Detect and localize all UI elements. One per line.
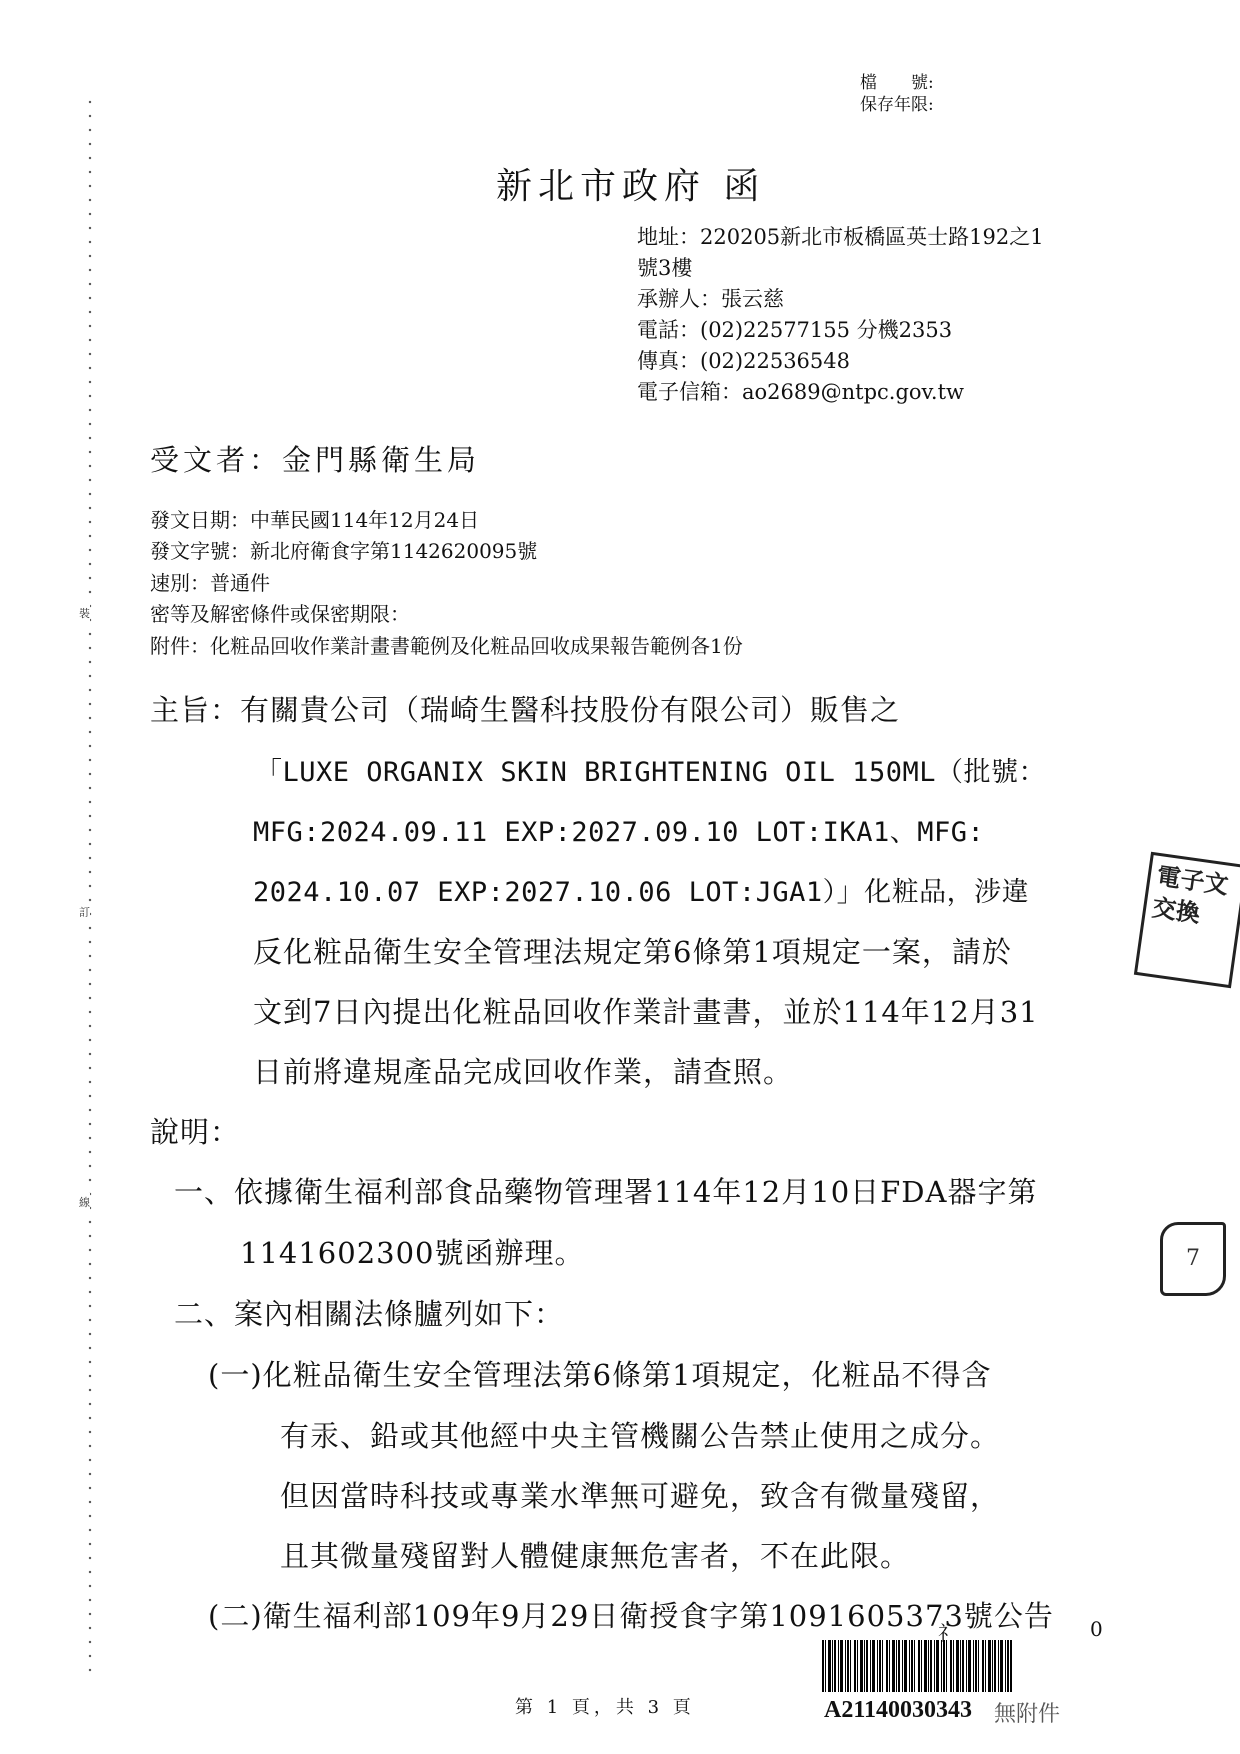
explanation-sub1-line3: 但因當時科技或專業水準無可避免，致含有微量殘留， [280,1474,1000,1515]
subject-line1: 主旨：有關貴公司（瑞崎生醫科技股份有限公司）販售之 [150,688,900,729]
classification: 密等及解密條件或保密期限： [150,599,410,631]
retention-label: 保存年限: [860,94,934,116]
file-number-label: 檔 號: [860,72,934,94]
explanation-sub1-line1: (一)化粧品衛生安全管理法第6條第1項規定，化粧品不得含 [208,1353,992,1394]
subject-line4: 2024.10.07 EXP:2027.10.06 LOT:JGA1）」化粧品，… [253,870,1029,909]
recipient: 受文者：金門縣衛生局 [150,438,480,479]
attachment-note: 無附件 [994,1697,1060,1728]
explanation-item2-heading: 二、案內相關法條臚列如下： [174,1292,564,1333]
binding-label-mid: 訂 [79,903,90,921]
explanation-item1-line2: 1141602300號函辦理。 [240,1231,585,1272]
issue-date: 發文日期：中華民國114年12月24日 [150,505,479,537]
page-title: 新北市政府 函 [496,158,765,209]
sender-contact: 承辦人：張云慈 [637,284,784,315]
binding-label-bottom: 線 [79,1193,90,1211]
sender-fax: 傳真：(02)22536548 [637,346,850,377]
electronic-exchange-stamp: 電子文交換 [1134,852,1240,988]
sender-address-line2: 號3樓 [637,253,692,284]
page-indicator: 第 1 頁，共 3 頁 [515,1693,695,1719]
document-number: 發文字號：新北府衛食字第1142620095號 [150,536,537,568]
barcode-top-right-mark: 0 [1090,1617,1103,1641]
attachments: 附件：化粧品回收作業計畫書範例及化粧品回收成果報告範例各1份 [150,631,743,663]
binding-label-top: 裝 [79,604,90,622]
subject-line7: 日前將違規產品完成回收作業，請查照。 [253,1050,793,1091]
sender-address-line1: 地址：220205新北市板橋區英士路192之1 [637,222,1044,253]
explanation-heading: 說明： [150,1110,240,1151]
explanation-sub1-line4: 且其微量殘留對人體健康無危害者，不在此限。 [280,1534,910,1575]
explanation-sub1-line2: 有汞、鉛或其他經中央主管機關公告禁止使用之成分。 [280,1414,1000,1455]
sender-email: 電子信箱：ao2689@ntpc.gov.tw [637,377,964,408]
subject-line3: MFG:2024.09.11 EXP:2027.09.10 LOT:IKA1、M… [253,810,984,849]
binding-dotted-line [86,95,94,1675]
subject-line5: 反化粧品衛生安全管理法規定第6條第1項規定一案，請於 [253,930,1012,971]
subject-line2: 「LUXE ORGANIX SKIN BRIGHTENING OIL 150ML… [255,750,1046,789]
explanation-item1-line1: 一、依據衛生福利部食品藥物管理署114年12月10日FDA器字第 [174,1170,1037,1211]
explanation-sub2-line1: (二)衛生福利部109年9月29日衛授食字第1091605373號公告 [208,1594,1054,1635]
barcode-number: A21140030343 [824,1697,972,1724]
urgency: 速別：普通件 [150,568,270,600]
document-barcode [822,1640,1105,1692]
page-seal-stamp: 7 [1160,1222,1226,1296]
subject-line6: 文到7日內提出化粧品回收作業計畫書，並於114年12月31 [253,990,1039,1031]
sender-phone: 電話：(02)22577155 分機2353 [637,315,952,346]
